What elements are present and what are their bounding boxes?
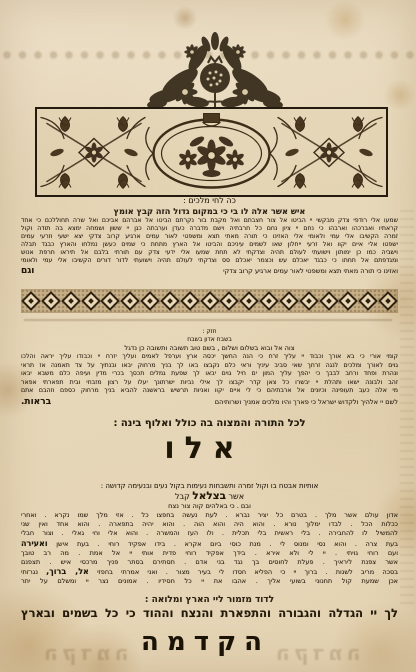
display-word: אלו: [21, 432, 398, 466]
diamond-ornament: [101, 290, 119, 312]
piyyut-block: אדון עולם אשר מלך . בטרם כל יציר נברא . …: [21, 511, 398, 587]
paragraph-block: קומי אורי כי בא אורך וכבוד יי עליך זרח כ…: [21, 353, 398, 396]
floral-crest-woodcut: [140, 30, 290, 110]
bold-word: אל, ברוך,: [46, 567, 89, 576]
piyyut-line: אדון עולם אשר מלך . בטרם כל יציר נברא . …: [21, 511, 398, 520]
footer-heading-line: לדוד מזמור ליי הארץ ומלואה :: [21, 595, 398, 606]
diamond-ornament: [161, 290, 179, 312]
title-line: כה לחי מלכים :: [21, 196, 398, 206]
diamond-ornament: [379, 290, 397, 312]
diamond-ornament: [300, 290, 318, 312]
piyyut-line: להמשיל לו להחבירה . בלי ראשית בלי תכלית …: [21, 529, 398, 538]
diamond-ornament: [280, 290, 298, 312]
paragraph-line: קומי אורי כי בא אורך וכבוד יי עליך זרח כ…: [21, 353, 398, 362]
diamond-ornament: [320, 290, 338, 312]
diamond-ornament: [260, 290, 278, 312]
catchword-hakdamah: הקדמה: [21, 624, 398, 660]
footer-wide-line: לך יי הגדלה והגבורה והתפארת והנצח וההוד …: [21, 606, 398, 620]
section-line-small: ובם . כי באלהים קוה צור נצח: [21, 502, 398, 511]
diamond-ornament: [121, 290, 139, 312]
paragraph-line: זמרה הקשיבו אלי עמי ולאומי אלי האזינו כי…: [21, 233, 398, 241]
paragraph-block: שמעו אלי רודפי צדק מבקשי יי הביטו אל צור…: [21, 217, 398, 265]
diamond-ornament: [82, 290, 100, 312]
headpiece-engraving: [35, 107, 388, 197]
paragraph-last-line: ואזינו כי תורה מאתי תצא ומשפטי לאור עמים…: [21, 266, 398, 276]
catch-word-bold: בראות.: [21, 397, 51, 407]
paragraph-last-line: לשם יי אלהיך ולקדוש ישראל כי פארך והיו מ…: [21, 397, 398, 407]
diamond-ornament: [141, 290, 159, 312]
section-line-with-bold: אשר בצלאל קבל: [21, 491, 398, 502]
diamond-ornament: [201, 290, 219, 312]
scanned-book-page: הקדמה הקדמה: [0, 0, 416, 672]
paragraph-line: שמעו אלי רודפי צדק מבקשי יי הביטו אל צור…: [21, 217, 398, 225]
paragraph-line: וישביה כמו כן ימותון וישועתי לעולם תהיה …: [21, 249, 398, 257]
line-text: אשר: [229, 492, 245, 501]
emphasized-line: לכל התורה והמצוה בה כולל ואלוף בינה :: [21, 417, 398, 430]
piyyut-line: אשר צפנת ליראיך . פעלת לחוסים בך נגד בני…: [21, 558, 398, 567]
piyyut-line: בסכה מריב לשנות . ברוך יי כי הפליא חסדו …: [21, 567, 398, 577]
diamond-ornament: [240, 290, 258, 312]
section-heading: צוה אל ובוא בשלום ושלום , בשם טוב תשובה …: [21, 344, 398, 353]
line-text: בעת צרה . והוא נסי ומנוס לי . מנת כוסי ב…: [56, 540, 398, 548]
diamond-ornament: [339, 290, 357, 312]
bold-word: ואעירה: [21, 539, 48, 548]
diamond-divider: [21, 289, 398, 313]
paragraph-line: מי אלה כעב תעופינה וכיונים אל ארבתיהם כי…: [21, 387, 398, 396]
diamond-ornament: [220, 290, 238, 312]
diamond-ornament: [181, 290, 199, 312]
piyyut-line: ככלות הכל . לבדו ימלוך נורא . והוא היה ו…: [21, 520, 398, 529]
paragraph-line: ישפטו אלי איים יקוו ואל זרעי ייחלון שאו …: [21, 241, 398, 249]
paragraph-line: גוים לאורך ומלכים לנגה זרחך שאי סביב עינ…: [21, 362, 398, 371]
last-line-text: ואזינו כי תורה מאתי תצא ומשפטי לאור עמים…: [223, 266, 398, 276]
paragraph-line: ונהרת ופחד ורחב לבבך כי יהפך עליך המון י…: [21, 370, 398, 379]
show-through-margin-text: [400, 210, 414, 610]
diamond-ornament: [22, 290, 40, 312]
paragraph-line: קראתיו ואברכהו וארבהו כי נחם יי ציון נחם…: [21, 225, 398, 233]
text-column: כה לחי מלכים : איש אשר אלה לו בי כי במקו…: [21, 196, 398, 660]
catch-word-bold: וגם: [21, 266, 34, 276]
diamond-ornament: [62, 290, 80, 312]
subtitle-line: איש אשר אלה לו בי כי במקום גדול הזה קבץ …: [21, 206, 398, 217]
bold-name: בצלאל: [192, 490, 226, 502]
paragraph-line: ומגדפתם אל תחתו כי כבגד יאכלם עש וכצמר י…: [21, 257, 398, 265]
line-text: בסכה מריב לשנות . ברוך יי כי הפליא חסדו …: [97, 568, 398, 576]
piyyut-line: אכן שמעת קול תחנוני בשועי אליך . אהבו את…: [21, 577, 398, 586]
last-line-text: לשם יי אלהיך ולקדוש ישראל כי פארך והיו מ…: [215, 397, 398, 407]
paragraph-line: זהב ולבונה ישאו ותהלת יי יבשרו כל צאן קד…: [21, 379, 398, 388]
diamond-ornament: [359, 290, 377, 312]
piyyut-line: בעת צרה . והוא נסי ומנוס לי . מנת כוסי ב…: [21, 539, 398, 549]
section-heading-small: בשבח אדון בשבח: [21, 336, 398, 344]
piyyut-line: ועם רוחי גויתי . יי לי ולא אירא . בידך א…: [21, 549, 398, 558]
diamond-ornament: [42, 290, 60, 312]
line-text: קבל: [175, 492, 190, 501]
line-text: נגרזתי: [21, 568, 38, 576]
section-heading-small: חזק :: [21, 328, 398, 336]
